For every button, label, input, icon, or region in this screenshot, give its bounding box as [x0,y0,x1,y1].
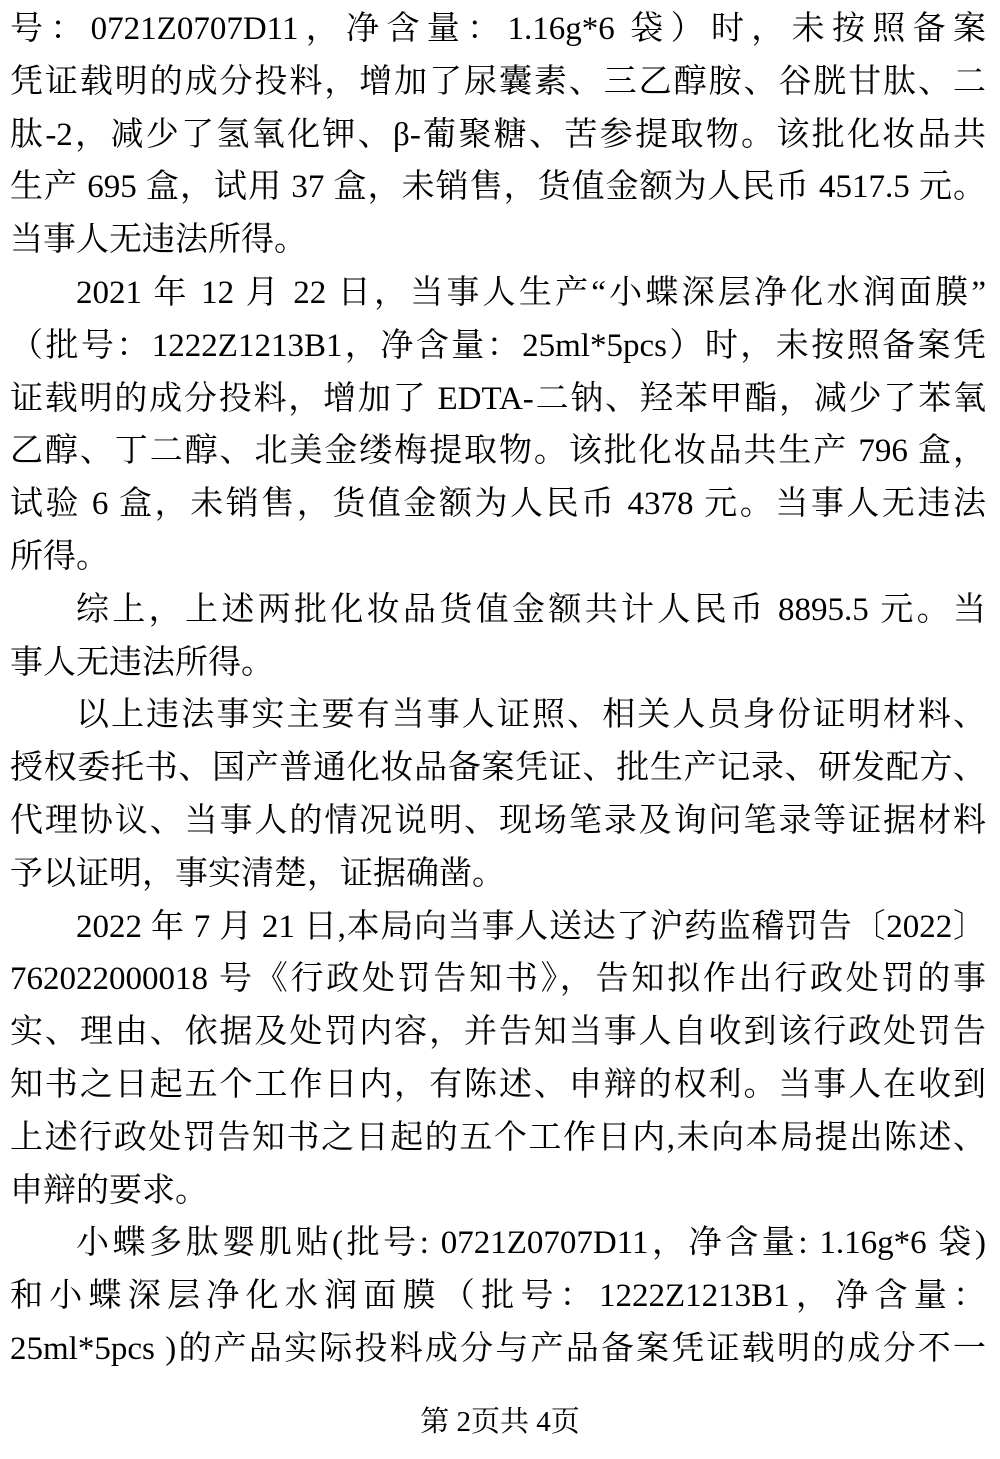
text-line: 当事人无违法所得。 [10,214,986,267]
text-line: 生产 695 盒，试用 37 盒，未销售，货值金额为人民币 4517.5 元。 [10,161,986,214]
text-line: 号：0721Z0707D11，净含量：1.16g*6 袋）时，未按照备案 [10,3,986,56]
text-line: 762022000018 号《行政处罚告知书》，告知拟作出行政处罚的事 [10,953,986,1006]
text-line: 知书之日起五个工作日内，有陈述、申辩的权利。当事人在收到 [10,1059,986,1112]
text-line: 申辩的要求。 [10,1165,986,1218]
text-line: 以上违法事实主要有当事人证照、相关人员身份证明材料、 [10,689,986,742]
text-line: 事人无违法所得。 [10,637,986,690]
text-line: 上述行政处罚告知书之日起的五个工作日内,未向本局提出陈述、 [10,1112,986,1165]
text-line: 授权委托书、国产普通化妆品备案凭证、批生产记录、研发配方、 [10,742,986,795]
text-line: 2022 年 7 月 21 日,本局向当事人送达了沪药监稽罚告〔2022〕 [10,901,986,954]
text-line: 综上，上述两批化妆品货值金额共计人民币 8895.5 元。当 [10,584,986,637]
page-number-footer: 第 2页共 4页 [0,1402,1000,1442]
text-line: 肽-2，减少了氢氧化钾、β-葡聚糖、苦参提取物。该批化妆品共 [10,109,986,162]
text-line: 试验 6 盒，未销售，货值金额为人民币 4378 元。当事人无违法 [10,478,986,531]
text-line: 证载明的成分投料，增加了 EDTA-二钠、羟苯甲酯，减少了苯氧 [10,373,986,426]
text-line: 实、理由、依据及处罚内容，并告知当事人自收到该行政处罚告 [10,1006,986,1059]
text-line: 小蝶多肽婴肌贴(批号: 0721Z0707D11，净含量: 1.16g*6 袋) [10,1217,986,1270]
text-line: 代理协议、当事人的情况说明、现场笔录及询问笔录等证据材料 [10,795,986,848]
text-line: 25ml*5pcs )的产品实际投料成分与产品备案凭证载明的成分不一 [10,1323,986,1376]
text-line: 凭证载明的成分投料，增加了尿囊素、三乙醇胺、谷胱甘肽、二 [10,56,986,109]
text-line: 乙醇、丁二醇、北美金缕梅提取物。该批化妆品共生产 796 盒， [10,425,986,478]
document-page: 号：0721Z0707D11，净含量：1.16g*6 袋）时，未按照备案 凭证载… [0,0,1000,1459]
text-line: 所得。 [10,531,986,584]
document-body: 号：0721Z0707D11，净含量：1.16g*6 袋）时，未按照备案 凭证载… [10,3,986,1376]
text-line: 2021 年 12 月 22 日，当事人生产“小蝶深层净化水润面膜” [10,267,986,320]
text-line: （批号：1222Z1213B1，净含量：25ml*5pcs）时，未按照备案凭 [10,320,986,373]
text-line: 和小蝶深层净化水润面膜（批号：1222Z1213B1，净含量： [10,1270,986,1323]
text-line: 予以证明，事实清楚，证据确凿。 [10,848,986,901]
